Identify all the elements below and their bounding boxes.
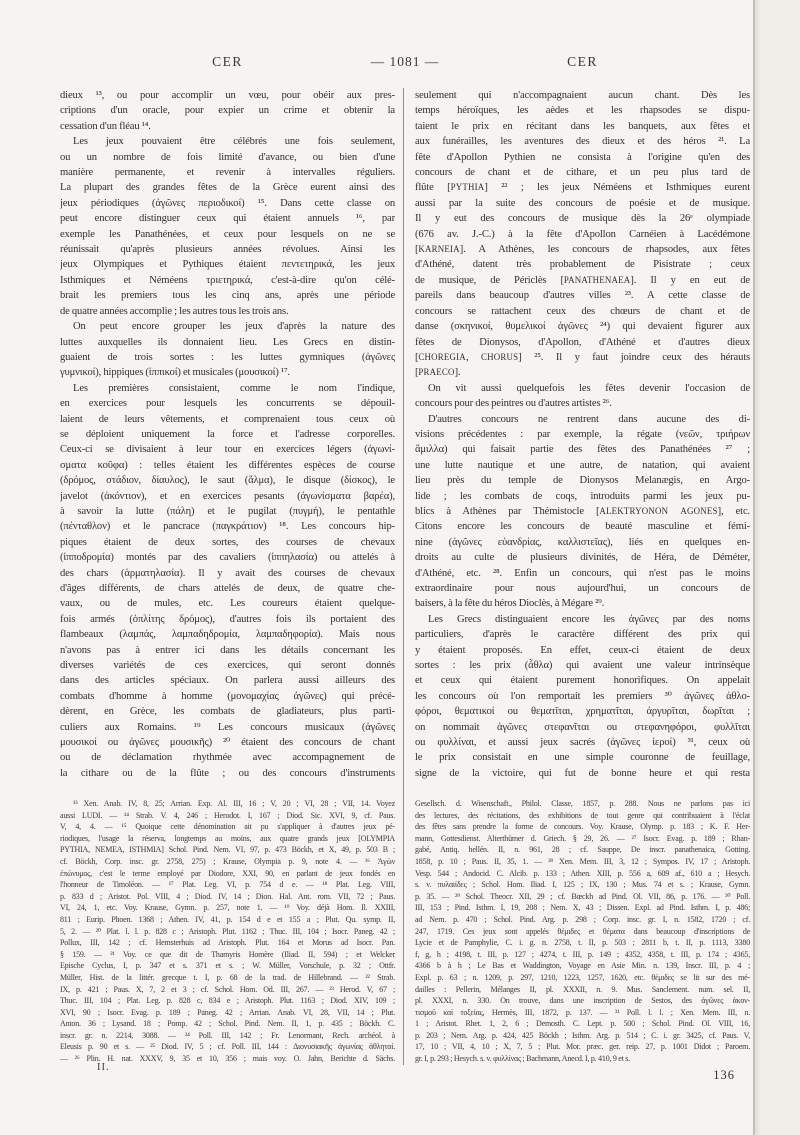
- footnote-line: 4366 b à h ; Le Bas et Waddington, Voyag…: [415, 960, 750, 972]
- text-line: d'Athéné, etc. ²⁸. Enfin un concours, qu…: [415, 566, 750, 581]
- text-line: luttes auxquelles ils donnaient lieu. Le…: [60, 335, 395, 350]
- text-line: peut encore distinguer ceux qui étaient …: [60, 211, 395, 226]
- text-line: brait les premiers tous les cinq ans, ap…: [60, 288, 395, 303]
- footnote-line: 247, 1719. Ces jeux sont appelés θέμιδες…: [415, 926, 750, 938]
- footnote-line: 811 ; Eurip. Phoen. 1368 ; Athen. IV, 41…: [60, 914, 395, 926]
- text-line: à savoir la lutte (πάλη) et le pugilat (…: [60, 504, 395, 519]
- text-line: (676 av. J.-C.) à la fête d'Apollon Carn…: [415, 227, 750, 242]
- footnote-line: Gesellsch. d. Wisenschaft., Philol. Clas…: [415, 798, 750, 810]
- footnote-line: dailles : Pellerin, Mélanges II, pl. XXX…: [415, 984, 750, 996]
- footnote-line: 17, 10 ; VII, 4, 10 ; X, 7, 5 ; Plut. Mo…: [415, 1041, 750, 1053]
- footnote-line: l'honneur de Timoléon. — ¹⁷ Plat. Leg. V…: [60, 879, 395, 891]
- text-line: et ceux qui étaient purement honorifique…: [415, 673, 750, 688]
- text-line: lide ; les combats de coqs, introduits p…: [415, 489, 750, 504]
- text-line: seulement qui n'accompagnaient aucun cha…: [415, 88, 750, 103]
- footnote-line: § 159. — ²¹ Voy. ce que dit de Thamyris …: [60, 949, 395, 961]
- text-line: blics à Athènes par Thémistocle [ALEKTRY…: [415, 504, 750, 519]
- text-line: φόροι, θεματικοί ou θεματῖται, χρηματῖτα…: [415, 704, 750, 719]
- footnote-line: — ²⁶ Plin. H. nat. XXXV, 9, 35 et 10, 35…: [60, 1053, 395, 1065]
- footnotes-column-right: Gesellsch. d. Wisenschaft., Philol. Clas…: [415, 798, 750, 1065]
- text-line: ou un nombre de fois limité d'avance, ou…: [60, 150, 395, 165]
- text-line: n'avons pas à entrer ici dans les détail…: [60, 643, 395, 658]
- text-line: γυμνικοί), hippiques (ἱππικοί) et musica…: [60, 365, 395, 380]
- text-line: cessation d'un fléau ¹⁴.: [60, 119, 395, 134]
- text-line: Les premières consistaient, comme le nom…: [60, 381, 395, 396]
- text-line: jeux Olympiques et Pythiques étaient πεν…: [60, 257, 395, 272]
- text-line: concours se rattachent ceux des chœurs d…: [415, 304, 750, 319]
- text-line: Les jeux pouvaient être célébrés une foi…: [60, 134, 395, 149]
- text-line: On vit aussi quelquefois les fêtes deven…: [415, 381, 750, 396]
- footnote-line: III, 153 ; Pind. Isthm. I, 19, 208 ; Nem…: [415, 902, 750, 914]
- text-line: vaux, ou de mules, etc. Les coureurs éta…: [60, 596, 395, 611]
- text-line: baisers, à la fête du héros Dioclès, à M…: [415, 596, 750, 611]
- text-line: σματα κοῦφα) : telles étaient les différ…: [60, 458, 395, 473]
- text-line: exemple les Panathénées, et ceux pour le…: [60, 227, 395, 242]
- text-line: aussi par la suite des concours de poési…: [415, 196, 750, 211]
- footnote-line: s. v. πυλαιίδες ; Schol. Hom. Iliad. I, …: [415, 879, 750, 891]
- text-line: de musique, de Périclès [PANATHENAEA]. I…: [415, 273, 750, 288]
- text-line: nine (ἀγῶνες εὐανδρίας, καλλιστεῖας), li…: [415, 535, 750, 550]
- text-line: [CHOREGIA, CHORUS] ²⁵. Il y faut joindre…: [415, 350, 750, 365]
- footnotes-column-left: ¹³ Xen. Anab. IV, 8, 25; Arrian. Exp. Al…: [60, 798, 395, 1065]
- main-column-left: dieux ¹³, ou pour accomplir un vœu, pour…: [60, 88, 395, 781]
- text-line: ἅμιλλα) qui faisait partie des fêtes des…: [415, 442, 750, 457]
- text-line: ou de déclamation rhythmée avec accompag…: [60, 750, 395, 765]
- footnote-line: IX, p. 421 ; Paus. X, 7, 2 et 3 ; cf. Sc…: [60, 984, 395, 996]
- footnote-line: Vesp. 544 ; Andocid. C. Alcib. p. 133 ; …: [415, 868, 750, 880]
- text-line: d'Athéné, datent très probablement de Pi…: [415, 257, 750, 272]
- footnote-line: ἐπώνυμος, c'est le terme employé par Dio…: [60, 868, 395, 880]
- text-line: d'âges différents, de chars attelés de d…: [60, 581, 395, 596]
- text-line: signe de la victoire, qui fut de bonne h…: [415, 766, 750, 781]
- text-line: fois armés (ὁπλίτης δρόμος), d'autres fo…: [60, 612, 395, 627]
- footnote-line: V, 4, 4. — ¹⁵ Quoique cette dénomination…: [60, 821, 395, 833]
- text-line: taient le prix en récitant dans les banq…: [415, 119, 750, 134]
- footnote-line: pl. XXXI, n. 330. On trouve, dans une in…: [415, 995, 750, 1007]
- footnote-line: p. 35. — ²⁹ Schol. Theocr. XII, 29 ; cf.…: [415, 891, 750, 903]
- text-line: réunissait qu'après plusieurs années rév…: [60, 242, 395, 257]
- text-line: une lutte nautique et une autre, de nata…: [415, 458, 750, 473]
- text-line: dans des articles spéciaux. On parlera a…: [60, 673, 395, 688]
- footnote-line: riodiques, l'usage la réserva, longtemps…: [60, 833, 395, 845]
- footnote-line: Müller, Hist. de la littér. grecque t. I…: [60, 972, 395, 984]
- text-line: Ceux-ci se divisaient à leur tour en exe…: [60, 442, 395, 457]
- text-line: dèrent, en Grèce, les combats de gladiat…: [60, 704, 395, 719]
- text-line: On peut encore grouper les jeux d'après …: [60, 319, 395, 334]
- text-line: concours de chant et de cithare, et un p…: [415, 165, 750, 180]
- text-line: criptions d'un oracle, pour expier un cr…: [60, 103, 395, 118]
- main-column-right: seulement qui n'accompagnaient aucun cha…: [415, 88, 750, 781]
- text-line: ou φυλλίναι, et aussi jeux sacrés (ἀγῶνε…: [415, 735, 750, 750]
- text-line: diverses variétés de ces exercices, qui …: [60, 658, 395, 673]
- text-line: guaient de trois sortes : les luttes gym…: [60, 350, 395, 365]
- text-line: Citons encore les concours de beauté mas…: [415, 519, 750, 534]
- text-line: manière permanente, et revenir à interva…: [60, 165, 395, 180]
- text-line: particuliers, d'après le caractère diffé…: [415, 627, 750, 642]
- footnote-line: 5, 2. — ²⁰ Plat. l. l. p. 828 c ; Aristo…: [60, 926, 395, 938]
- scan-fold-line: [753, 0, 755, 1135]
- text-line: des chars (ἁρματηλασία). Il y avait des …: [60, 566, 395, 581]
- text-line: (ἱπποδρομία) montés par des cavaliers (ἱ…: [60, 550, 395, 565]
- footnote-line: ¹³ Xen. Anab. IV, 8, 25; Arrian. Exp. Al…: [60, 798, 395, 810]
- text-line: de quatre années accomplie ; les autres …: [60, 304, 395, 319]
- footnote-line: VI, 24, 1, etc. Voy. Krause, Gymn. p. 25…: [60, 902, 395, 914]
- text-line: Les Grecs distinguaient encore les ἀγῶνε…: [415, 612, 750, 627]
- scanned-dictionary-page: CER — 1081 — CER dieux ¹³, ou pour accom…: [0, 0, 800, 1135]
- text-line: fêtes de Dionysos, d'Apollon, d'Athéné e…: [415, 335, 750, 350]
- text-line: la cithare ou de la flûte ; ou des conco…: [60, 766, 395, 781]
- text-line: [PRAECO].: [415, 365, 750, 380]
- footnote-line: mann, Gottesdienst. Alterthümer d. Griec…: [415, 833, 750, 845]
- text-line: (πένταθλον) et le pancrace (παγκράτιον) …: [60, 519, 395, 534]
- text-line: (δρόμος, στάδιον, δίαυλος), le saut (ἅλμ…: [60, 473, 395, 488]
- text-line: La plupart des grandes fêtes de la Grèce…: [60, 180, 395, 195]
- signature-mark: II.: [97, 1062, 110, 1073]
- text-line: on nommait ἀγῶνες στεφανῖται ou στεφανηφ…: [415, 720, 750, 735]
- footnote-line: Lycie et de Pamphylie, C. i. g. n. 2758,…: [415, 937, 750, 949]
- text-line: combats d'homme à homme (μονομαχίας ἀγῶν…: [60, 689, 395, 704]
- text-line: dieux ¹³, ou pour accomplir un vœu, pour…: [60, 88, 395, 103]
- footnote-line: des fêtes sans prendre la forme de conco…: [415, 821, 750, 833]
- page-number-footer: 136: [415, 1068, 735, 1083]
- footnote-line: Pollux, III, 142 ; cf. Hemsterhuis ad Ar…: [60, 937, 395, 949]
- footnote-line: Anton. 36 ; Lysand. 18 ; Pomp. 42 ; Scho…: [60, 1018, 395, 1030]
- footnote-line: des lectures, des récitations, des exhib…: [415, 810, 750, 822]
- footnote-line: Epische Cyclus, I, p. 347 et s. 371 et s…: [60, 960, 395, 972]
- text-line: lieu près du temple de Dionysos Melanægi…: [415, 473, 750, 488]
- text-line: droits au culte de plusieurs divinités, …: [415, 550, 750, 565]
- text-line: concours pour des peintres ou d'autres a…: [415, 396, 750, 411]
- footnote-line: τισμοῦ καὶ τοξείας, Hermès, III, 1872, p…: [415, 1007, 750, 1019]
- footnote-line: ad Nem. p. 470 ; Schol. Pind. Arg. p. 29…: [415, 914, 750, 926]
- text-line: Isthmiques et Néméens τριετηρικά, c'est-…: [60, 273, 395, 288]
- text-line: aux funérailles, les aventures des dieux…: [415, 134, 750, 149]
- footnote-line: Expl. p. 63 ; n. 1209, p. 297, 1210, 122…: [415, 972, 750, 984]
- footnote-line: aussi LUDI. — ¹⁴ Strab. V. 4, 246 ; Hero…: [60, 810, 395, 822]
- footnote-line: gr. I, p. 293 ; Hesych. s. v. φυλλίνας ;…: [415, 1053, 750, 1065]
- footnote-line: f, g, h ; 4198, t. III, p. 127 ; 4274, t…: [415, 949, 750, 961]
- text-line: sortes : les prix (ἆθλα) qui avaient une…: [415, 658, 750, 673]
- text-line: visions précédentes : par exemple, la ré…: [415, 427, 750, 442]
- text-line: le prix consistait en une simple couronn…: [415, 750, 750, 765]
- text-line: danse (σκηνικοί, θυμελικοί ἀγῶνες ²⁴) qu…: [415, 319, 750, 334]
- text-line: se déploient uniquement la force et l'ad…: [60, 427, 395, 442]
- text-line: temps héroïques, les aèdes et les rhapso…: [415, 103, 750, 118]
- footnote-line: cf. Böckh, Corp. insc. gr. 2758, 275) ; …: [60, 856, 395, 868]
- footnote-line: Eleusis p. 90 et s. — ²⁵ Diod. IV, 5 ; c…: [60, 1041, 395, 1053]
- footnote-line: PYTHIA, NEMEA, ISTHMIA] Schol. Pind. Nem…: [60, 844, 395, 856]
- text-line: extraordinaire pour nous aujourd'hui, un…: [415, 581, 750, 596]
- footnote-line: Thuc. III, 104 ; Plat. Leg. p. 828 c, 83…: [60, 995, 395, 1007]
- text-line: flûte [PYTHIA] ²² ; les jeux Néméens et …: [415, 180, 750, 195]
- page-edge-margin: [755, 0, 800, 1135]
- text-line: laient de leurs vêtements, et comprenaie…: [60, 412, 395, 427]
- text-line: pareils dans beaucoup d'autres villes ²³…: [415, 288, 750, 303]
- text-line: jeux périodiques (ἀγῶνες περιοδικοί) ¹⁵.…: [60, 196, 395, 211]
- text-line: [KARNEIA]. A Athènes, les concours de rh…: [415, 242, 750, 257]
- text-line: les concours où l'on remportait les prem…: [415, 689, 750, 704]
- text-line: en exercices pour lesquels les concurren…: [60, 396, 395, 411]
- text-line: y étaient proposés. En effet, ceux-ci ét…: [415, 643, 750, 658]
- text-line: flambeaux (λαμπάς, λαμπαδηδρομία, λαμπαδ…: [60, 627, 395, 642]
- footnote-line: p. 203 ; Nem. Arg. p. 424, 425 Böckh ; I…: [415, 1030, 750, 1042]
- text-line: culiers aux Romains. ¹⁹ Les concours mus…: [60, 720, 395, 735]
- footnote-line: XVI, 90 ; Isocr. Evag. p. 189 ; Paneg. 4…: [60, 1007, 395, 1019]
- footnote-line: 1858, p. 10 ; Paus. II, 35, 1. — ²⁸ Xen.…: [415, 856, 750, 868]
- footnote-line: p. 833 d ; Aristot. Pol. VIII, 4 ; Diod.…: [60, 891, 395, 903]
- text-line: μουσικοί ou ἀγῶνες μουσικῆς) ²⁰ étaient …: [60, 735, 395, 750]
- text-line: D'autres concours ne rentrent dans aucun…: [415, 412, 750, 427]
- footnote-line: 1 ; Aristot. Rhet. 1, 2, 6 ; Demosth. C.…: [415, 1018, 750, 1030]
- text-line: piques étaient de deux sortes, des cours…: [60, 535, 395, 550]
- text-line: Il y eut des concours de musique dès la …: [415, 211, 750, 226]
- footnote-line: gabé, Antiq. hellén. II, n. 961, 28 ; cf…: [415, 844, 750, 856]
- running-head-right: CER: [415, 54, 750, 70]
- footnote-line: inscr. gr. n. 2214, 3088. — ²⁴ Poll. III…: [60, 1030, 395, 1042]
- text-line: javelot (ἀκόντιον), et en exercices pesa…: [60, 489, 395, 504]
- column-divider-rule: [403, 88, 404, 1065]
- text-line: fête d'Apollon Pythien ne consista à l'o…: [415, 150, 750, 165]
